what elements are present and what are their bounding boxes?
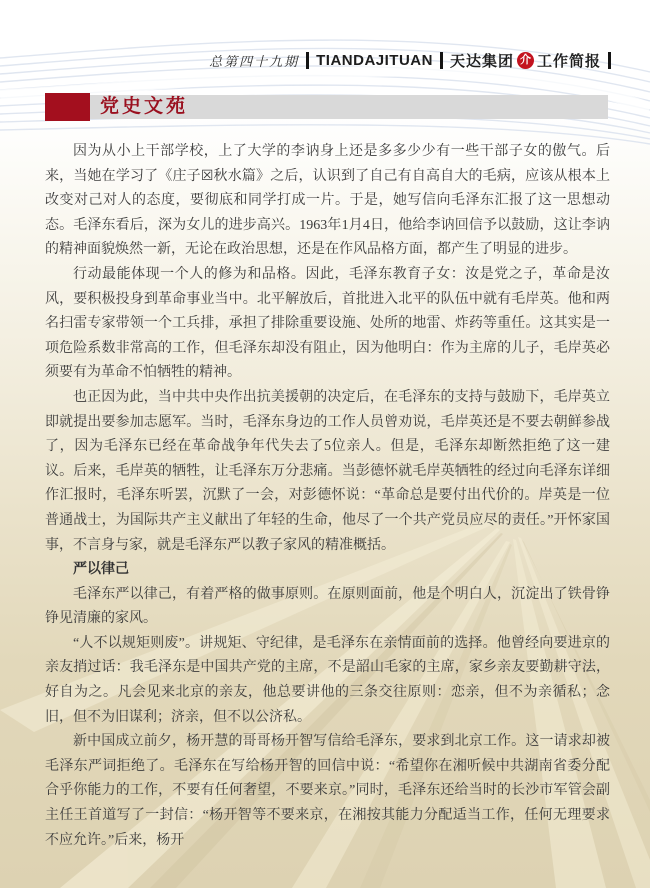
separator-bar-icon	[608, 52, 611, 69]
paragraph: 也正因为此，当中共中央作出抗美援朝的决定后，在毛泽东的支持与鼓励下，毛岸英立即就…	[45, 386, 610, 558]
separator-bar-icon	[440, 52, 443, 69]
company-logo-icon: 介	[517, 52, 534, 69]
paragraph: 毛泽东严以律己，有着严格的做事原则。在原则面前，他是个明白人，沉淀出了铁骨铮铮见…	[45, 583, 610, 632]
masthead: 总第四十九期 TIANDAJITUAN 天达集团 介 工作简报	[0, 50, 618, 71]
issue-number: 总第四十九期	[209, 51, 299, 70]
newsletter-page: 总第四十九期 TIANDAJITUAN 天达集团 介 工作简报 党史文苑 因为从…	[0, 0, 650, 888]
wave-decoration	[0, 0, 650, 150]
paragraph: 因为从小上干部学校，上了大学的李讷身上还是多多少少有一些干部子女的傲气。后来，当…	[45, 140, 610, 263]
paragraph: “人不以规矩则废”。讲规矩、守纪律，是毛泽东在亲情面前的选择。他曾经向要进京的亲…	[45, 632, 610, 730]
paragraph: 新中国成立前夕，杨开慧的哥哥杨开智写信给毛泽东，要求到北京工作。这一请求却被毛泽…	[45, 730, 610, 853]
brand-chinese: 天达集团	[450, 50, 514, 71]
subheading: 严以律己	[45, 558, 610, 583]
brand-latin: TIANDAJITUAN	[316, 52, 433, 69]
red-accent-block	[45, 93, 90, 121]
article-body: 因为从小上干部学校，上了大学的李讷身上还是多多少少有一些干部子女的傲气。后来，当…	[45, 140, 610, 853]
paragraph: 行动最能体现一个人的修为和品格。因此，毛泽东教育子女：汝是党之子，革命是汝风，要…	[45, 263, 610, 386]
separator-bar-icon	[306, 52, 309, 69]
section-title: 党史文苑	[100, 95, 188, 119]
publication-name: 工作简报	[537, 50, 601, 71]
section-title-bar: 党史文苑	[45, 93, 608, 121]
